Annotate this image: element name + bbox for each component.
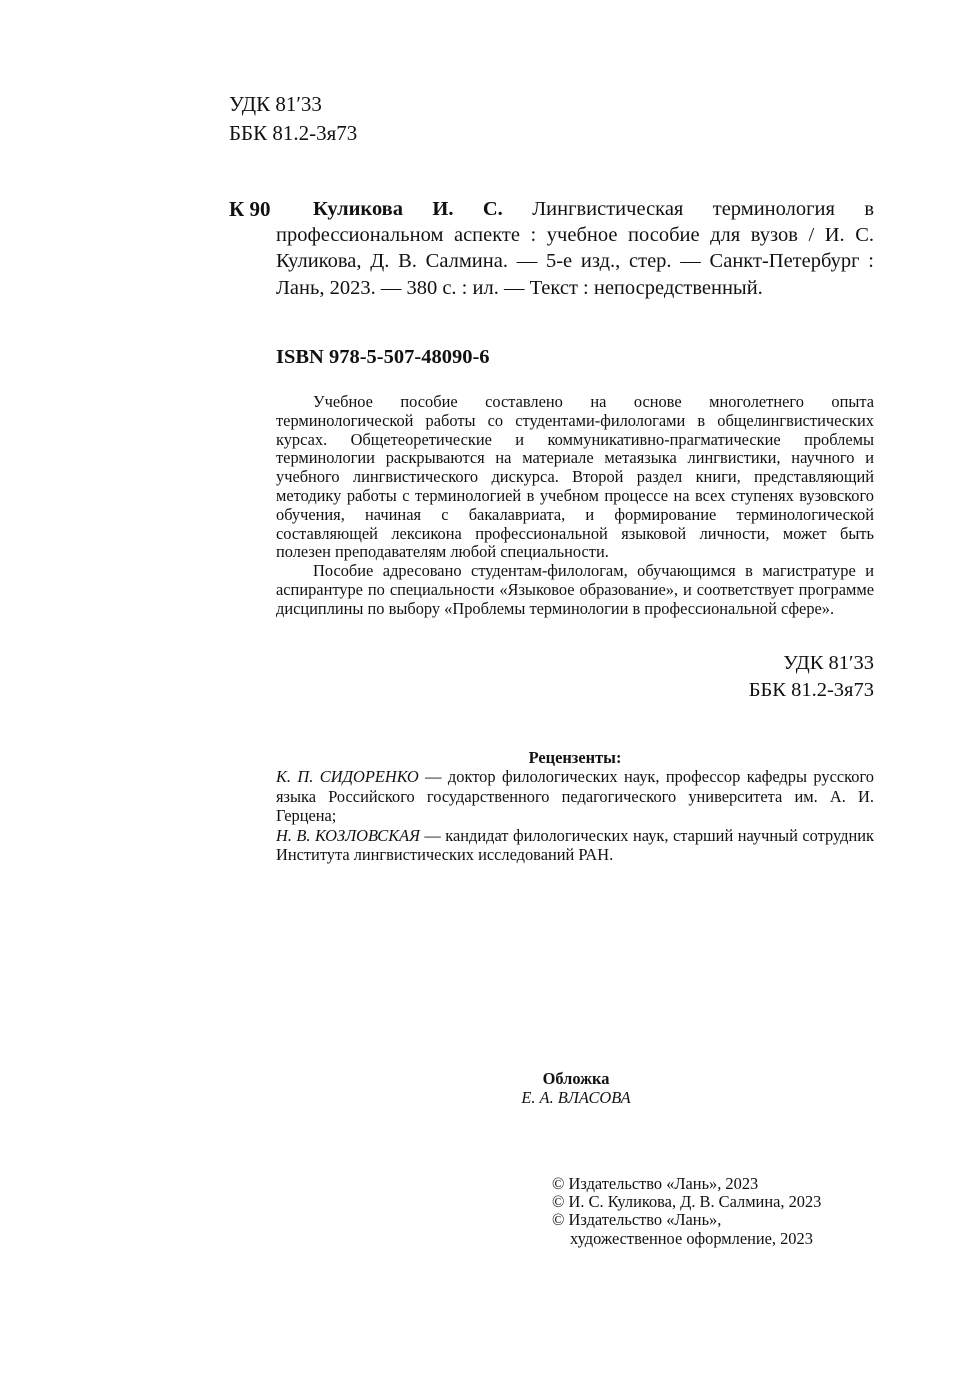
annotation-paragraph: Учебное пособие составлено на основе мно… [276,393,874,562]
cover-credit: Обложка Е. А. ВЛАСОВА [476,1070,676,1107]
classification-top: УДК 81′33 ББК 81.2-3я73 [229,90,357,148]
catalog-author: Куликова И. С. [313,198,503,220]
reviewer: К. П. СИДОРЕНКО — доктор филологических … [276,767,874,825]
bbk-code: ББК 81.2-3я73 [749,677,874,704]
copyright-line: © Издательство «Лань», [552,1211,821,1229]
udk-code: УДК 81′33 [229,90,357,119]
cover-designer: Е. А. ВЛАСОВА [476,1089,676,1108]
isbn: ISBN 978-5-507-48090-6 [276,344,490,370]
cover-heading: Обложка [476,1070,676,1089]
annotation-paragraph: Пособие адресовано студентам-филологам, … [276,562,874,618]
reviewer: Н. В. КОЗЛОВСКАЯ — кандидат филологическ… [276,826,874,865]
book-imprint-page: УДК 81′33 ББК 81.2-3я73 К 90 Куликова И.… [0,0,975,1388]
copyright-line: © Издательство «Лань», 2023 [552,1175,821,1193]
reviewer-name: Н. В. КОЗЛОВСКАЯ [276,826,420,845]
reviewers: Рецензенты: К. П. СИДОРЕНКО — доктор фил… [276,748,874,864]
author-mark: К 90 [229,196,270,222]
copyright-block: © Издательство «Лань», 2023 © И. С. Кули… [552,1175,821,1248]
catalog-entry: Куликова И. С. Лингвистическая терминоло… [276,196,874,301]
classification-bottom: УДК 81′33 ББК 81.2-3я73 [749,650,874,704]
reviewer-name: К. П. СИДОРЕНКО [276,767,419,786]
copyright-line: © И. С. Куликова, Д. В. Салмина, 2023 [552,1193,821,1211]
udk-code: УДК 81′33 [749,650,874,677]
copyright-line-continuation: художественное оформление, 2023 [552,1230,821,1248]
bbk-code: ББК 81.2-3я73 [229,119,357,148]
annotation: Учебное пособие составлено на основе мно… [276,393,874,619]
reviewers-heading: Рецензенты: [276,748,874,767]
